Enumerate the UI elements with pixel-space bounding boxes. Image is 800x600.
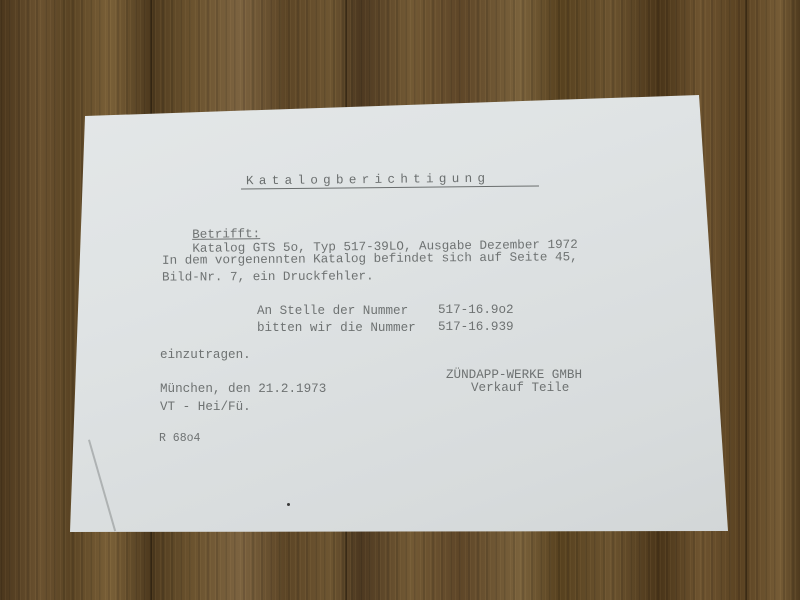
old-number-value: 517-16.9o2 <box>438 303 514 317</box>
body-line-2: Bild-Nr. 7, ein Druckfehler. <box>162 269 374 284</box>
place-date: München, den 21.2.1973 <box>160 382 326 396</box>
sender-company: ZÜNDAPP-WERKE GMBH <box>446 368 582 382</box>
old-number-label: An Stelle der Nummer <box>257 304 408 318</box>
document-number: R 68o4 <box>159 432 200 445</box>
sender-department: Verkauf Teile <box>471 381 569 395</box>
typed-document: Katalogberichtigung Betrifft: Katalog GT… <box>0 0 800 600</box>
closing-text: einzutragen. <box>160 348 251 362</box>
new-number-label: bitten wir die Nummer <box>257 321 416 335</box>
paper-speck <box>287 503 290 506</box>
subject-label: Betrifft: <box>192 227 260 242</box>
reference-code: VT - Hei/Fü. <box>160 400 251 414</box>
new-number-value: 517-16.939 <box>438 320 514 334</box>
